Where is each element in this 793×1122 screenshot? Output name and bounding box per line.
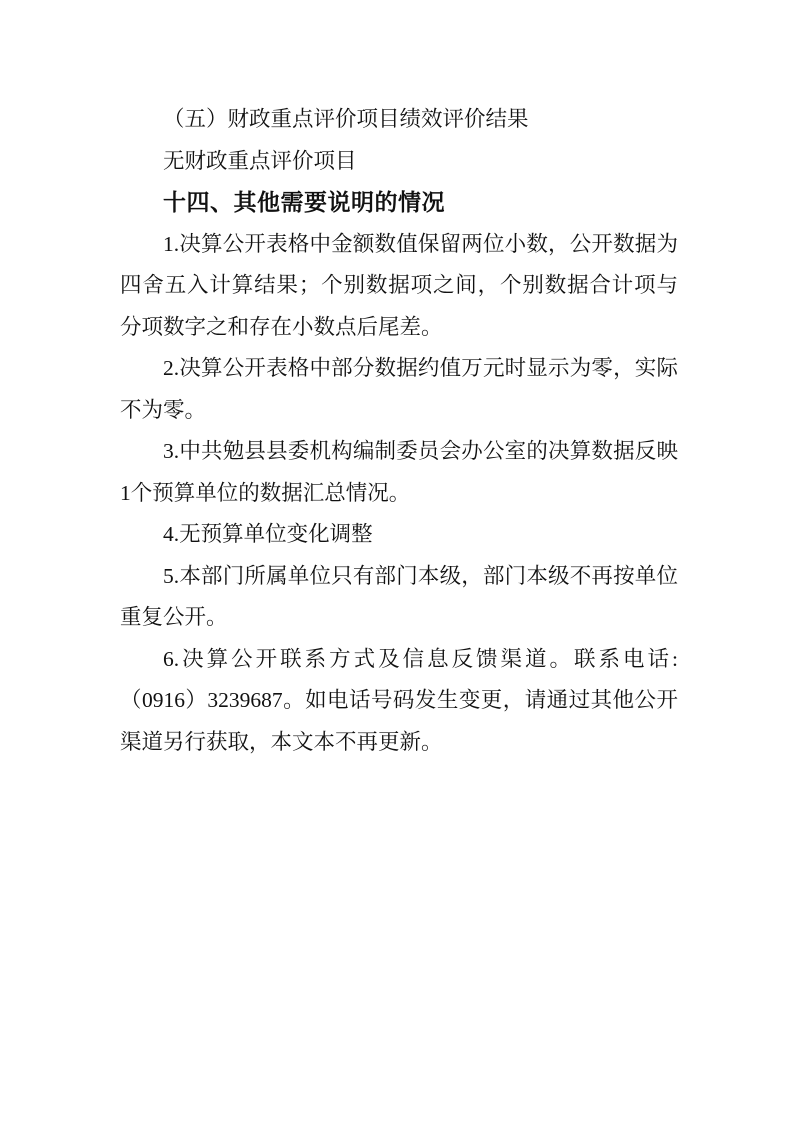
section-5-body-text: 无财政重点评价项目 bbox=[120, 141, 678, 183]
note-6-contact-phone: 6.决算公开联系方式及信息反馈渠道。联系电话:（0916）3239687。如电话… bbox=[120, 639, 678, 764]
note-5-no-duplicate-disclosure: 5.本部门所属单位只有部门本级，部门本级不再按单位重复公开。 bbox=[120, 556, 678, 639]
note-4-no-unit-change: 4.无预算单位变化调整 bbox=[120, 514, 678, 556]
note-3-budget-unit-summary: 3.中共勉县县委机构编制委员会办公室的决算数据反映1个预算单位的数据汇总情况。 bbox=[120, 431, 678, 514]
section-5-subheading: （五）财政重点评价项目绩效评价结果 bbox=[120, 99, 678, 141]
document-content: （五）财政重点评价项目绩效评价结果 无财政重点评价项目 十四、其他需要说明的情况… bbox=[120, 99, 678, 763]
section-14-heading: 十四、其他需要说明的情况 bbox=[120, 182, 678, 224]
document-page: （五）财政重点评价项目绩效评价结果 无财政重点评价项目 十四、其他需要说明的情况… bbox=[0, 0, 793, 1122]
note-2-zero-display: 2.决算公开表格中部分数据约值万元时显示为零，实际不为零。 bbox=[120, 348, 678, 431]
note-1-rounding: 1.决算公开表格中金额数值保留两位小数，公开数据为四舍五入计算结果；个别数据项之… bbox=[120, 224, 678, 349]
